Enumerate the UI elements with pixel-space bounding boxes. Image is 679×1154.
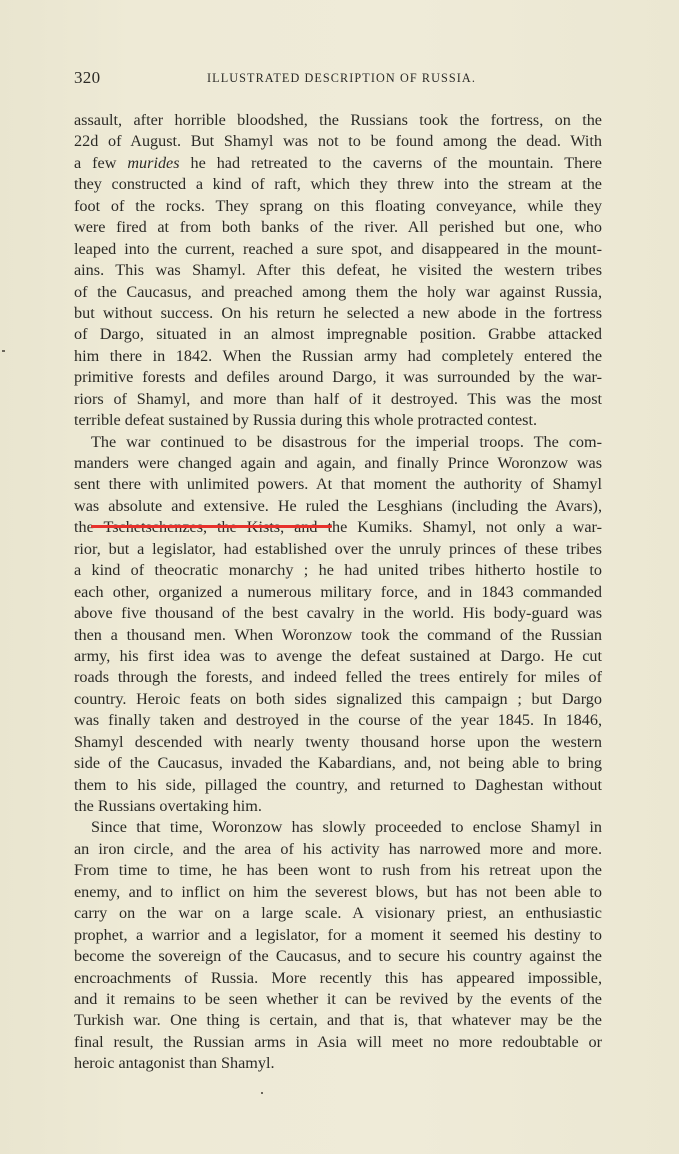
text-line: but without success. On his return he se… (74, 303, 602, 324)
body-text: assault, after horrible bloodshed, the R… (74, 110, 602, 1075)
text-line: assault, after horrible bloodshed, the R… (74, 110, 602, 131)
text-line: side of the Caucasus, invaded the Kabard… (74, 753, 602, 774)
text-line: country. Heroic feats on both sides sign… (74, 689, 602, 710)
text-line: a few murides he had retreated to the ca… (74, 153, 602, 174)
text-line: the Tschetschenzes, the Kists, and the K… (74, 517, 602, 538)
text-line: an iron circle, and the area of his acti… (74, 839, 602, 860)
text-line: was finally taken and destroyed in the c… (74, 710, 602, 731)
text-line: primitive forests and defiles around Dar… (74, 367, 602, 388)
text-line: From time to time, he has been wont to r… (74, 860, 602, 881)
scan-speck (261, 1092, 263, 1094)
text-line: him there in 1842. When the Russian army… (74, 346, 602, 367)
red-underline-annotation (91, 525, 332, 528)
text-line: Since that time, Woronzow has slowly pro… (74, 817, 602, 838)
text-line: become the sovereign of the Caucasus, an… (74, 946, 602, 967)
page-header: 320 ILLUSTRATED DESCRIPTION OF RUSSIA. (74, 68, 594, 90)
text-line: final result, the Russian arms in Asia w… (74, 1032, 602, 1053)
scan-speck (2, 350, 5, 352)
text-line: enemy, and to inflict on him the severes… (74, 882, 602, 903)
text-line: heroic antagonist than Shamyl. (74, 1053, 602, 1074)
text-line: Turkish war. One thing is certain, and t… (74, 1010, 602, 1031)
text-line: of Dargo, situated in an almost impregna… (74, 324, 602, 345)
book-page: 320 ILLUSTRATED DESCRIPTION OF RUSSIA. a… (0, 0, 679, 1154)
text-line: 22d of August. But Shamyl was not to be … (74, 131, 602, 152)
text-line: were fired at from both banks of the riv… (74, 217, 602, 238)
text-line: riors of Shamyl, and more than half of i… (74, 389, 602, 410)
text-line: sent there with unlimited powers. At tha… (74, 474, 602, 495)
text-line: prophet, a warrior and a legislator, for… (74, 925, 602, 946)
text-line: then a thousand men. When Woronzow took … (74, 625, 602, 646)
text-line: ains. This was Shamyl. After this defeat… (74, 260, 602, 281)
text-line: foot of the rocks. They sprang on this f… (74, 196, 602, 217)
text-line: a kind of theocratic monarchy ; he had u… (74, 560, 602, 581)
text-line: manders were changed again and again, an… (74, 453, 602, 474)
text-line: and it remains to be seen whether it can… (74, 989, 602, 1010)
text-line: roads through the forests, and indeed fe… (74, 667, 602, 688)
text-line: was absolute and extensive. He ruled the… (74, 496, 602, 517)
text-line: of the Caucasus, and preached among them… (74, 282, 602, 303)
text-line: carry on the war on a large scale. A vis… (74, 903, 602, 924)
text-line: leaped into the current, reached a sure … (74, 239, 602, 260)
text-line: terrible defeat sustained by Russia duri… (74, 410, 602, 431)
page-number: 320 (74, 68, 100, 88)
text-line: them to his side, pillaged the country, … (74, 775, 602, 796)
text-line: army, his first idea was to avenge the d… (74, 646, 602, 667)
text-line: rior, but a legislator, had established … (74, 539, 602, 560)
text-line: above five thousand of the best cavalry … (74, 603, 602, 624)
text-line: Shamyl descended with nearly twenty thou… (74, 732, 602, 753)
text-line: The war continued to be disastrous for t… (74, 432, 602, 453)
text-line: each other, organized a numerous militar… (74, 582, 602, 603)
running-title: ILLUSTRATED DESCRIPTION OF RUSSIA. (207, 71, 476, 86)
text-line: the Russians overtaking him. (74, 796, 602, 817)
text-line: they constructed a kind of raft, which t… (74, 174, 602, 195)
text-line: encroachments of Russia. More recently t… (74, 968, 602, 989)
